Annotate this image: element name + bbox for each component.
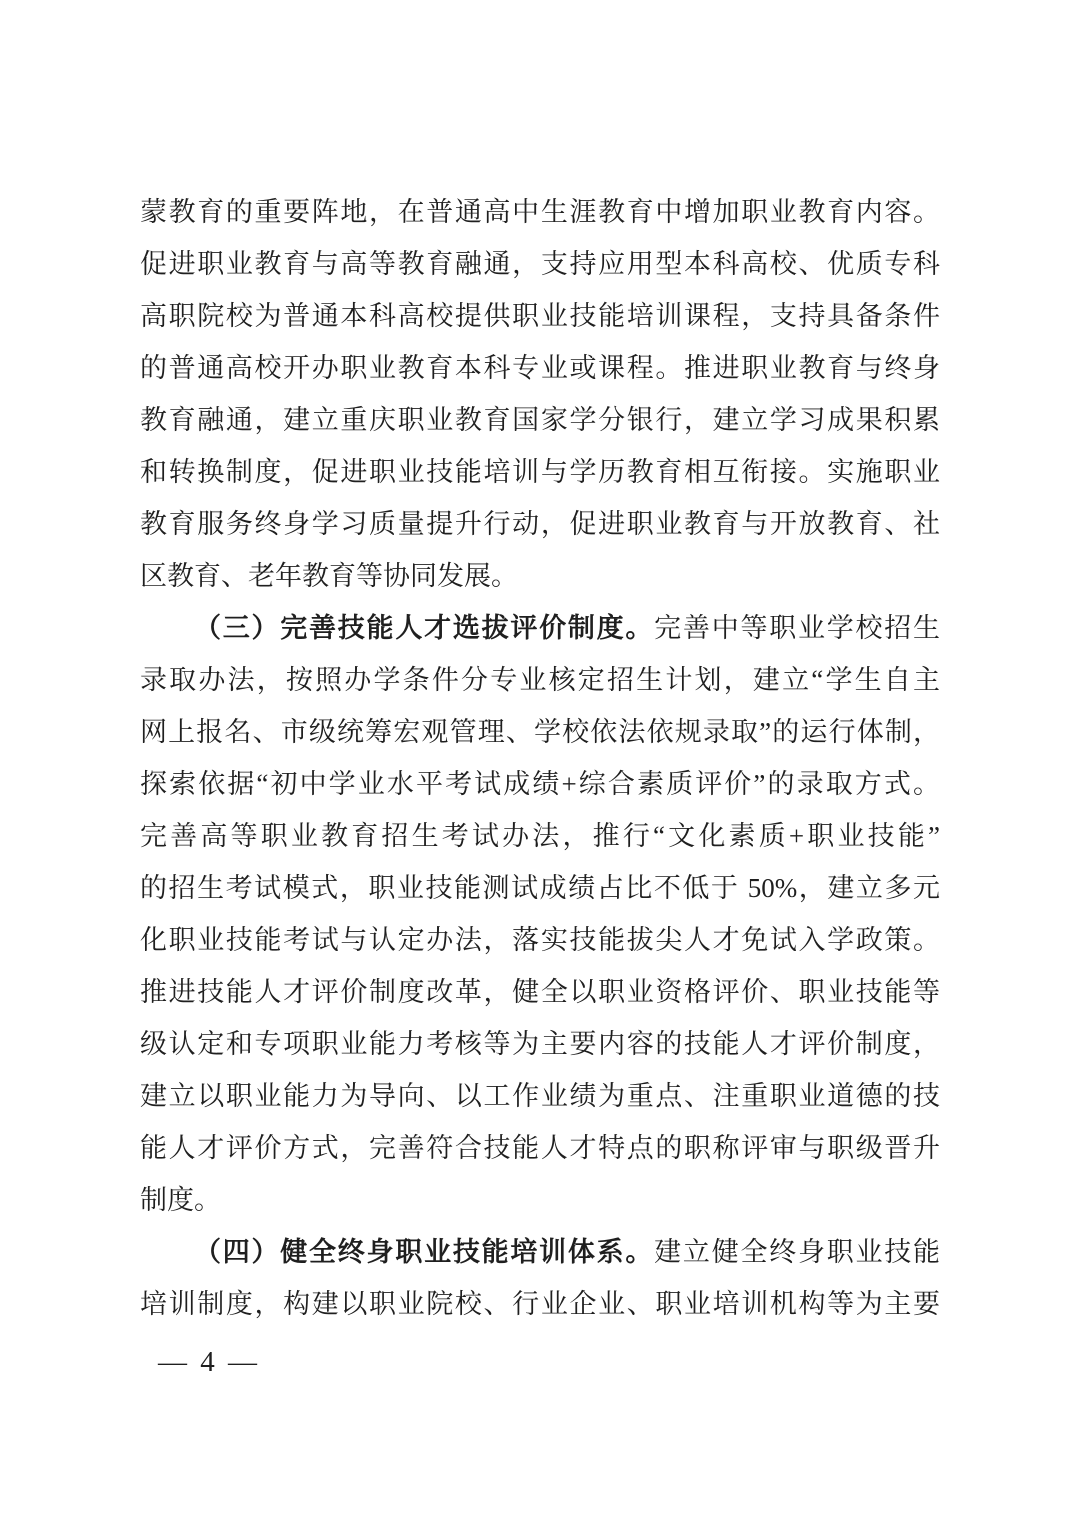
text-run: 完善高等职业教育招生考试办法，推行“文化素质+职业技能” [140, 821, 940, 851]
text-run: 教育融通，建立重庆职业教育国家学分银行，建立学习成果积累 [140, 405, 940, 435]
text-run: 能人才评价方式，完善符合技能人才特点的职称评审与职级晋升 [140, 1133, 940, 1163]
text-line: 的普通高校开办职业教育本科专业或课程。推进职业教育与终身 [140, 342, 940, 394]
text-line: 推进技能人才评价制度改革，健全以职业资格评价、职业技能等 [140, 966, 940, 1018]
text-run: 和转换制度，促进职业技能培训与学历教育相互衔接。实施职业 [140, 457, 940, 487]
text-run: 区教育、老年教育等协同发展。 [140, 561, 518, 591]
text-run: 培训制度，构建以职业院校、行业企业、职业培训机构等为主要 [140, 1289, 940, 1319]
text-run: 完善中等职业学校招生 [654, 613, 940, 643]
section-heading: （四）健全终身职业技能培训体系。 [194, 1237, 654, 1267]
text-run: 促进职业教育与高等教育融通，支持应用型本科高校、优质专科 [140, 249, 940, 279]
text-run: 化职业技能考试与认定办法，落实技能拔尖人才免试入学政策。 [140, 925, 940, 955]
text-run: 制度。 [140, 1185, 221, 1215]
text-run: 的招生考试模式，职业技能测试成绩占比不低于 50%，建立多元 [140, 873, 940, 903]
text-line: 建立以职业能力为导向、以工作业绩为重点、注重职业道德的技 [140, 1070, 940, 1122]
text-run: 建立以职业能力为导向、以工作业绩为重点、注重职业道德的技 [140, 1081, 940, 1111]
document-page: 蒙教育的重要阵地，在普通高中生涯教育中增加职业教育内容。促进职业教育与高等教育融… [0, 0, 1074, 1520]
text-run: 高职院校为普通本科高校提供职业技能培训课程，支持具备条件 [140, 301, 940, 331]
text-line: 能人才评价方式，完善符合技能人才特点的职称评审与职级晋升 [140, 1122, 940, 1174]
text-line: 完善高等职业教育招生考试办法，推行“文化素质+职业技能” [140, 810, 940, 862]
text-run: 建立健全终身职业技能 [654, 1237, 940, 1267]
text-line: 录取办法，按照办学条件分专业核定招生计划，建立“学生自主 [140, 654, 940, 706]
text-line: 促进职业教育与高等教育融通，支持应用型本科高校、优质专科 [140, 238, 940, 290]
text-line: 和转换制度，促进职业技能培训与学历教育相互衔接。实施职业 [140, 446, 940, 498]
text-run: 推进技能人才评价制度改革，健全以职业资格评价、职业技能等 [140, 977, 940, 1007]
page-number: — 4 — [158, 1344, 260, 1380]
document-body: 蒙教育的重要阵地，在普通高中生涯教育中增加职业教育内容。促进职业教育与高等教育融… [140, 186, 940, 1330]
text-run: 蒙教育的重要阵地，在普通高中生涯教育中增加职业教育内容。 [140, 197, 940, 227]
text-run: 的普通高校开办职业教育本科专业或课程。推进职业教育与终身 [140, 353, 940, 383]
text-line: 网上报名、市级统筹宏观管理、学校依法依规录取”的运行体制， [140, 706, 940, 758]
text-line: 教育融通，建立重庆职业教育国家学分银行，建立学习成果积累 [140, 394, 940, 446]
text-run: 探索依据“初中学业水平考试成绩+综合素质评价”的录取方式。 [140, 769, 940, 799]
text-line: 制度。 [140, 1174, 940, 1226]
text-line: 培训制度，构建以职业院校、行业企业、职业培训机构等为主要 [140, 1278, 940, 1330]
text-line: 教育服务终身学习质量提升行动，促进职业教育与开放教育、社 [140, 498, 940, 550]
section-heading: （三）完善技能人才选拔评价制度。 [194, 613, 654, 643]
text-run: 网上报名、市级统筹宏观管理、学校依法依规录取”的运行体制， [140, 717, 940, 747]
text-line: 蒙教育的重要阵地，在普通高中生涯教育中增加职业教育内容。 [140, 186, 940, 238]
text-line: （四）健全终身职业技能培训体系。建立健全终身职业技能 [140, 1226, 940, 1278]
text-line: 化职业技能考试与认定办法，落实技能拔尖人才免试入学政策。 [140, 914, 940, 966]
text-line: 区教育、老年教育等协同发展。 [140, 550, 940, 602]
text-line: 探索依据“初中学业水平考试成绩+综合素质评价”的录取方式。 [140, 758, 940, 810]
text-run: 录取办法，按照办学条件分专业核定招生计划，建立“学生自主 [140, 665, 940, 695]
text-run: 教育服务终身学习质量提升行动，促进职业教育与开放教育、社 [140, 509, 940, 539]
text-line: 级认定和专项职业能力考核等为主要内容的技能人才评价制度， [140, 1018, 940, 1070]
text-line: 高职院校为普通本科高校提供职业技能培训课程，支持具备条件 [140, 290, 940, 342]
text-line: （三）完善技能人才选拔评价制度。完善中等职业学校招生 [140, 602, 940, 654]
text-run: 级认定和专项职业能力考核等为主要内容的技能人才评价制度， [140, 1029, 940, 1059]
text-line: 的招生考试模式，职业技能测试成绩占比不低于 50%，建立多元 [140, 862, 940, 914]
